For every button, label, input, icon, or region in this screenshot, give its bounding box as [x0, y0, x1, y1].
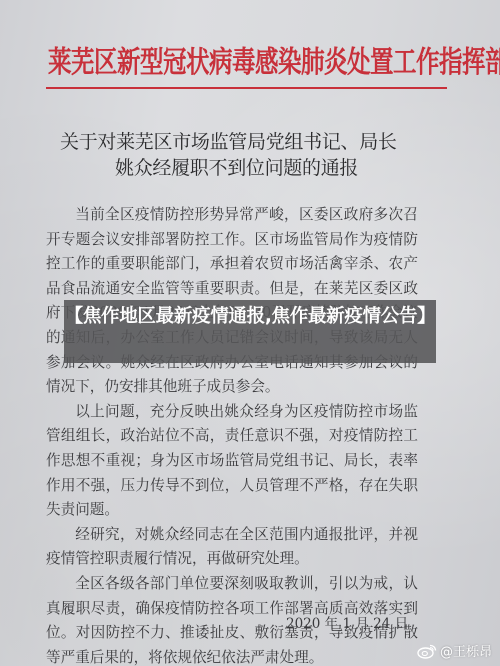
paragraph-decision: 经研究，对姚众经同志在全区范围内通报批评，并视疫情管控职责履行情况，再做研究处理…	[46, 523, 418, 572]
document-date: 2020 年 1 月 24 日	[286, 612, 408, 632]
weibo-watermark: @王栎昂	[417, 641, 492, 660]
red-header-rule	[46, 87, 447, 89]
watermark-handle: @王栎昂	[440, 641, 492, 660]
document-title-line-1: 关于对莱芜区市场监管局党组书记、局长	[60, 127, 400, 154]
caption-text: 【焦作地区最新疫情通报,焦作最新疫情公告】	[64, 304, 436, 330]
document-body: 当前全区疫情防控形势异常严峻，区委区政府多次召开专题会议安排部署防控工作。区市场…	[46, 203, 418, 666]
paragraph-problems: 以上问题，充分反映出姚众经身为区疫情防控市场监管组组长，政治站位不高，责任意识不…	[46, 400, 418, 523]
weibo-icon	[417, 643, 437, 659]
issuing-authority-header: 莱芜区新型冠状病毒感染肺炎处置工作指挥部	[48, 38, 448, 81]
caption-overlay: 【焦作地区最新疫情通报,焦作最新疫情公告】	[64, 300, 436, 363]
document-title-line-2: 姚众经履职不到位问题的通报	[115, 153, 365, 180]
